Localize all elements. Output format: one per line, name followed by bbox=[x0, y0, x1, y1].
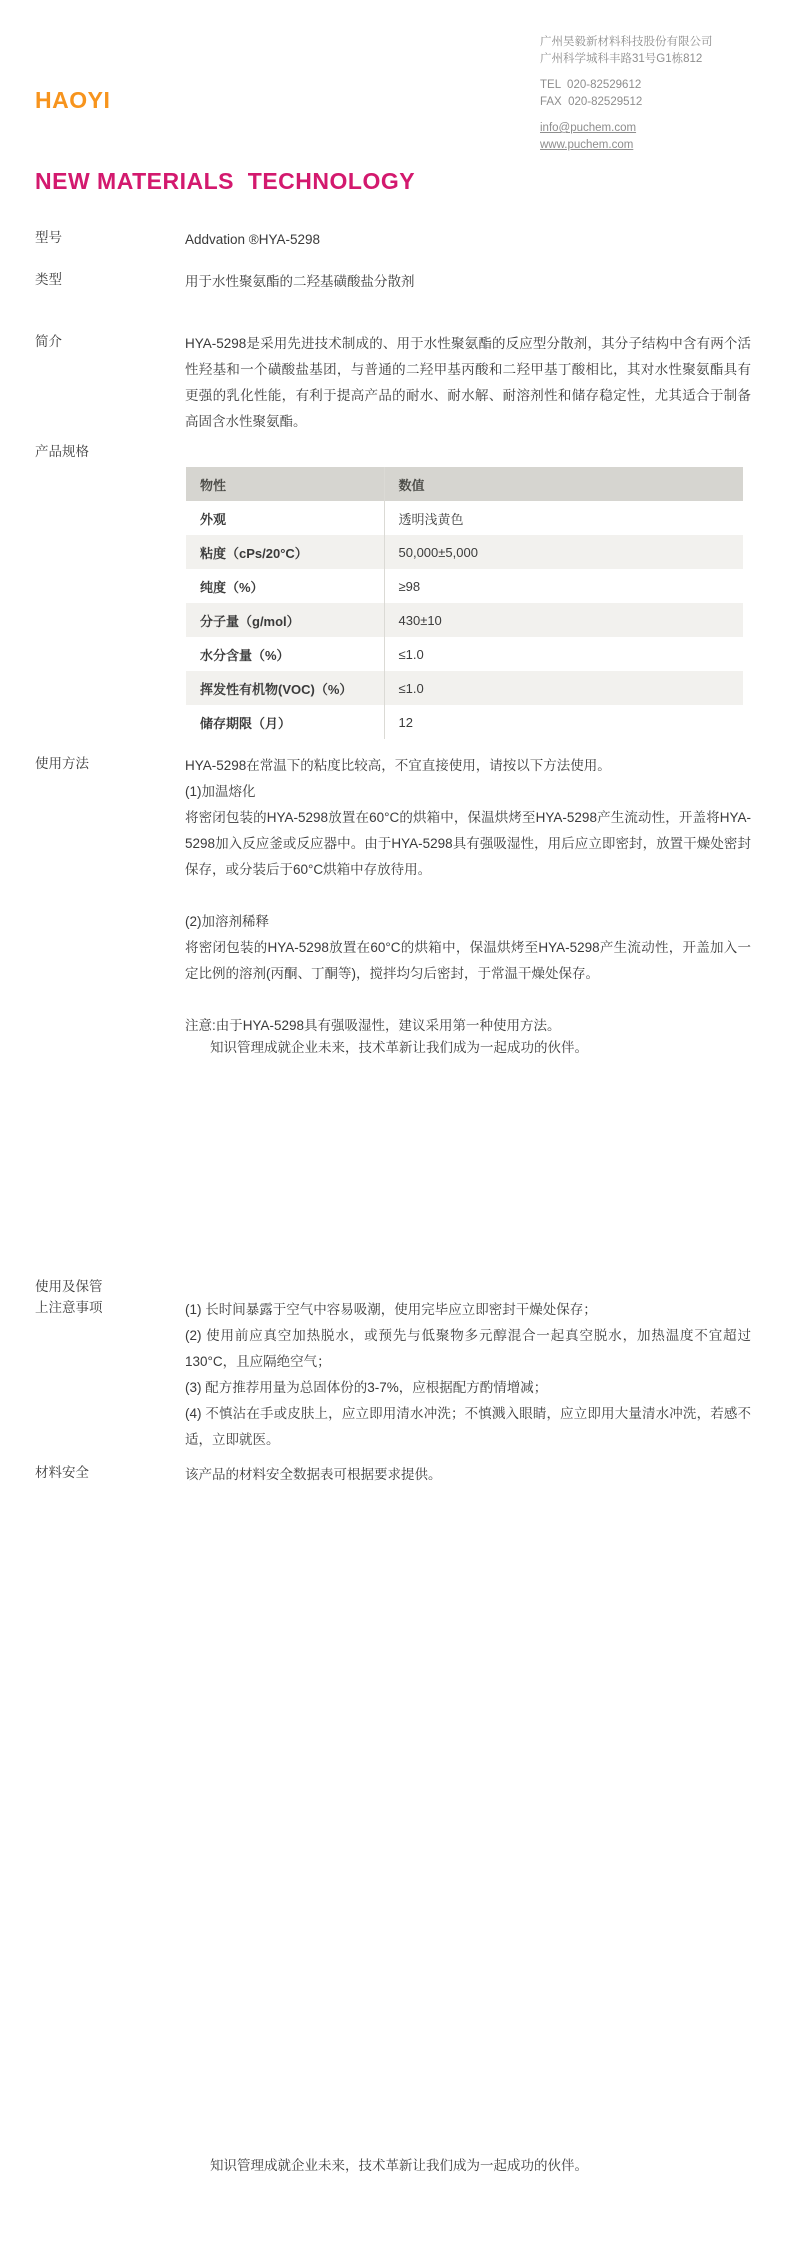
company-slogan: 知识管理成就企业未来，技术革新让我们成为一起成功的伙伴。 bbox=[210, 1036, 588, 1056]
spec-table: 物性 数值 外观 透明浅黄色 粘度（cPs/20°C） 50,000±5,000… bbox=[186, 467, 743, 739]
company-fax: FAX 020-82529512 bbox=[540, 94, 770, 111]
spec-value: ≤1.0 bbox=[384, 671, 743, 705]
precautions-label-line2: 上注意事项 bbox=[35, 1297, 185, 1318]
spec-property: 外观 bbox=[186, 501, 384, 535]
company-contact-block: 广州昊毅新材料科技股份有限公司 广州科学城科丰路31号G1栋812 TEL 02… bbox=[540, 34, 770, 163]
spec-value: 50,000±5,000 bbox=[384, 535, 743, 569]
company-name: 广州昊毅新材料科技股份有限公司 bbox=[540, 34, 770, 51]
email-link[interactable]: info@puchem.com bbox=[540, 120, 770, 137]
precautions-label-line1: 使用及保管 bbox=[35, 1276, 185, 1297]
company-slogan-footer: 知识管理成就企业未来，技术革新让我们成为一起成功的伙伴。 bbox=[210, 2154, 588, 2174]
spec-value: 透明浅黄色 bbox=[384, 501, 743, 535]
spec-header-row: 物性 数值 bbox=[186, 467, 743, 501]
spec-property: 储存期限（月） bbox=[186, 705, 384, 739]
spec-row-voc: 挥发性有机物(VOC)（%） ≤1.0 bbox=[186, 671, 743, 705]
precaution-item: (2) 使用前应真空加热脱水，或预先与低聚物多元醇混合一起真空脱水，加热温度不宜… bbox=[185, 1323, 751, 1375]
model-label: 型号 bbox=[35, 227, 185, 248]
spec-row-purity: 纯度（%） ≥98 bbox=[186, 569, 743, 603]
spec-property: 挥发性有机物(VOC)（%） bbox=[186, 671, 384, 705]
intro-text: HYA-5298是采用先进技术制成的、用于水性聚氨酯的反应型分散剂，其分子结构中… bbox=[185, 331, 751, 435]
usage-method1-text: 将密闭包装的HYA-5298放置在60°C的烘箱中，保温烘烤至HYA-5298产… bbox=[185, 805, 751, 883]
spec-value: ≤1.0 bbox=[384, 637, 743, 671]
spec-value: 430±10 bbox=[384, 603, 743, 637]
safety-label: 材料安全 bbox=[35, 1462, 185, 1483]
company-address: 广州科学城科丰路31号G1栋812 bbox=[540, 51, 770, 68]
spec-row-water-content: 水分含量（%） ≤1.0 bbox=[186, 637, 743, 671]
precautions-content: (1) 长时间暴露于空气中容易吸潮，使用完毕应立即密封干燥处保存； (2) 使用… bbox=[185, 1297, 751, 1453]
precaution-item: (4) 不慎沾在手或皮肤上，应立即用清水冲洗；不慎溅入眼睛，应立即用大量清水冲洗… bbox=[185, 1401, 751, 1453]
datasheet-page: HAOYI NEW MATERIALS TECHNOLOGY 广州昊毅新材料科技… bbox=[0, 0, 793, 2245]
usage-method2-text: 将密闭包装的HYA-5298放置在60°C的烘箱中，保温烘烤至HYA-5298产… bbox=[185, 935, 751, 987]
spec-value: 12 bbox=[384, 705, 743, 739]
usage-method1-title: (1)加温熔化 bbox=[185, 779, 751, 805]
spec-row-molecular-weight: 分子量（g/mol） 430±10 bbox=[186, 603, 743, 637]
logo-tagline-text: NEW MATERIALS TECHNOLOGY bbox=[35, 168, 415, 195]
type-value: 用于水性聚氨酯的二羟基磺酸盐分散剂 bbox=[185, 269, 751, 295]
spec-row-shelf-life: 储存期限（月） 12 bbox=[186, 705, 743, 739]
precaution-item: (3) 配方推荐用量为总固体份的3-7%，应根据配方酌情增减； bbox=[185, 1375, 751, 1401]
website-link[interactable]: www.puchem.com bbox=[540, 137, 770, 154]
spec-property: 纯度（%） bbox=[186, 569, 384, 603]
usage-method2-title: (2)加溶剂稀释 bbox=[185, 909, 751, 935]
logo-haoyi-text: HAOYI bbox=[35, 87, 415, 114]
spec-property: 水分含量（%） bbox=[186, 637, 384, 671]
spec-property: 粘度（cPs/20°C） bbox=[186, 535, 384, 569]
spec-header-value: 数值 bbox=[384, 467, 743, 501]
safety-value: 该产品的材料安全数据表可根据要求提供。 bbox=[185, 1462, 751, 1488]
company-logo: HAOYI NEW MATERIALS TECHNOLOGY bbox=[35, 33, 415, 249]
model-value: Addvation ®HYA-5298 bbox=[185, 227, 751, 253]
spec-value: ≥98 bbox=[384, 569, 743, 603]
spec-property: 分子量（g/mol） bbox=[186, 603, 384, 637]
type-label: 类型 bbox=[35, 269, 185, 290]
precaution-item: (1) 长时间暴露于空气中容易吸潮，使用完毕应立即密封干燥处保存； bbox=[185, 1297, 751, 1323]
intro-label: 简介 bbox=[35, 331, 185, 352]
usage-content: HYA-5298在常温下的粘度比较高，不宜直接使用，请按以下方法使用。 (1)加… bbox=[185, 753, 751, 1039]
usage-label: 使用方法 bbox=[35, 753, 185, 774]
company-tel: TEL 020-82529612 bbox=[540, 77, 770, 94]
spec-header-property: 物性 bbox=[186, 467, 384, 501]
spec-row-viscosity: 粘度（cPs/20°C） 50,000±5,000 bbox=[186, 535, 743, 569]
usage-note-general: HYA-5298在常温下的粘度比较高，不宜直接使用，请按以下方法使用。 bbox=[185, 753, 751, 779]
spec-row-appearance: 外观 透明浅黄色 bbox=[186, 501, 743, 535]
precautions-label: 使用及保管 上注意事项 bbox=[35, 1276, 185, 1318]
specs-label: 产品规格 bbox=[35, 441, 185, 462]
